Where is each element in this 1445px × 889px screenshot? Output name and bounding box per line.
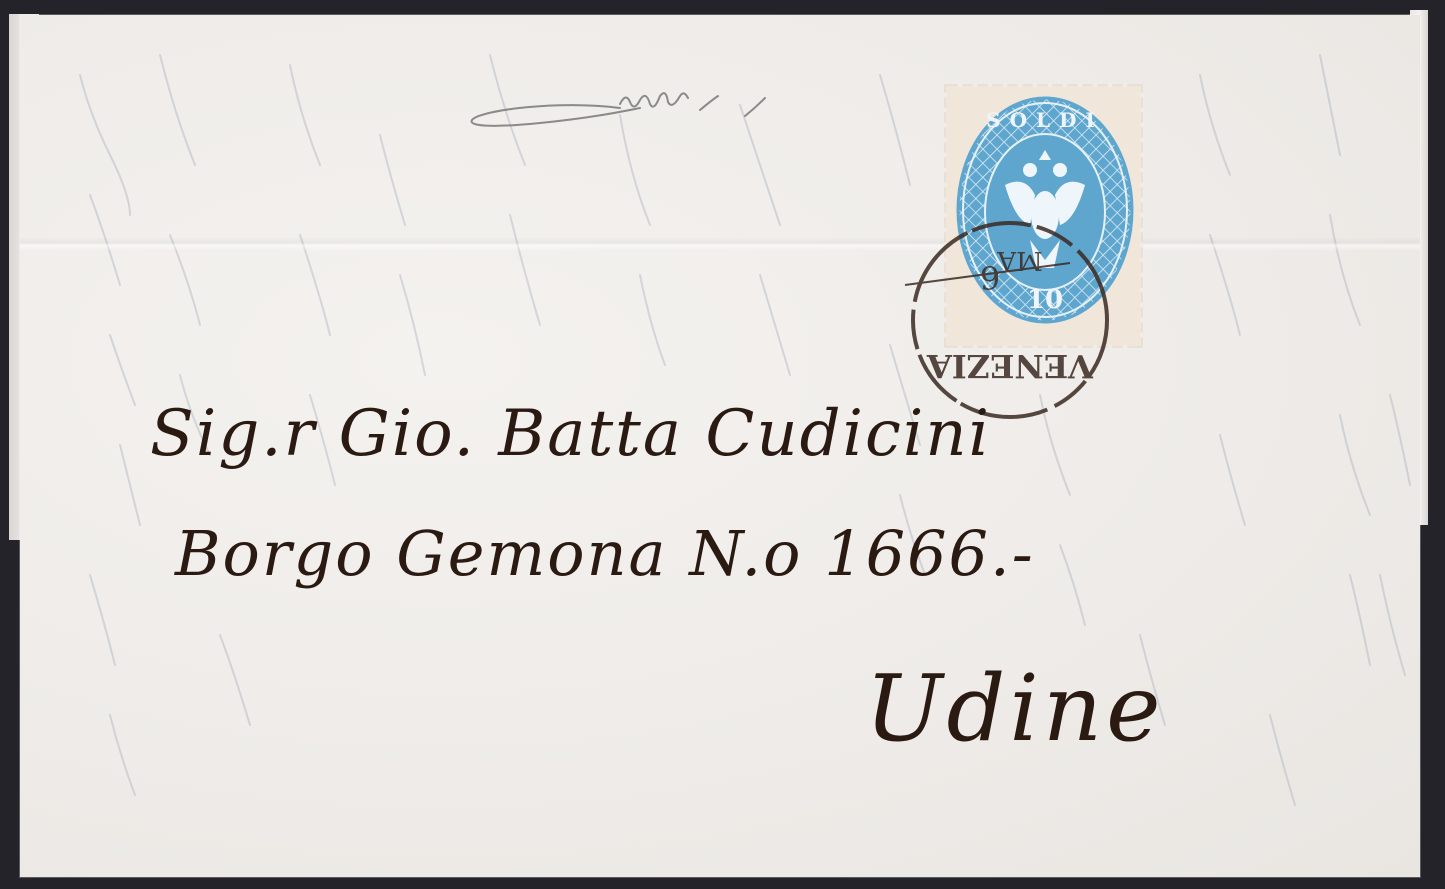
pencil-note [472,93,765,126]
stamp-value: 10 [1027,285,1063,315]
address-line-1: Sig.r Gio. Batta Cudicini [150,397,991,471]
letter-markings: illeggibile [0,0,1445,889]
address-line-3: Udine [865,655,1165,762]
address-block: Sig.r Gio. Batta Cudicini Borgo Gemona N… [150,397,1165,762]
postmark-town: VENEZIA [926,347,1094,385]
address-line-2: Borgo Gemona N.o 1666.- [174,517,1035,590]
stamp-top-text: SOLDI [986,108,1104,132]
postmark-day: 6 [980,258,1000,296]
postmark-month: MA [996,245,1043,275]
postage-stamp: SOLDI 10 [943,83,1145,350]
